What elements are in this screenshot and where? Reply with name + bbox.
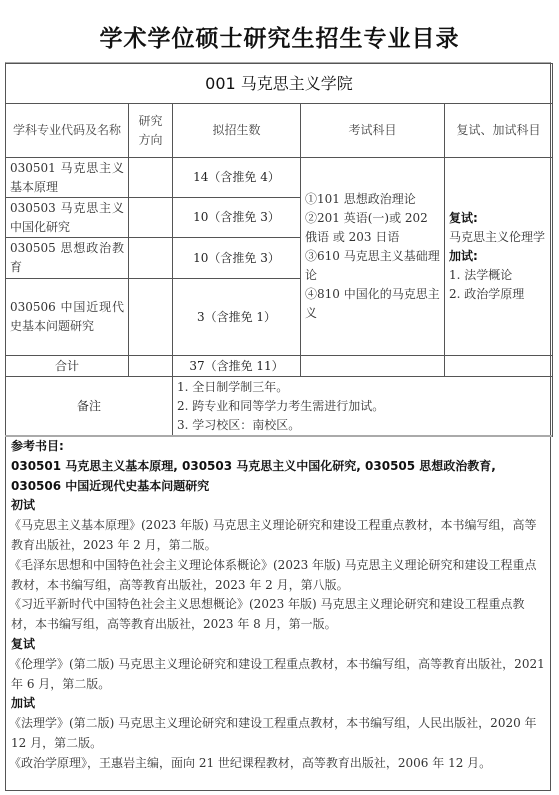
total-retest <box>445 356 553 377</box>
references-heading: 参考书目: <box>11 437 547 457</box>
page-title: 学术学位硕士研究生招生专业目录 <box>0 20 559 53</box>
major-direction <box>129 158 173 198</box>
header-exam: 考试科目 <box>301 104 445 158</box>
major-quota: 3（含推免 1） <box>173 279 301 356</box>
total-label: 合计 <box>6 356 129 377</box>
extra-test-subject: 1. 法学概论 <box>449 266 548 285</box>
major-direction <box>129 279 173 356</box>
note-item: 3. 学习校区：南校区。 <box>177 416 548 435</box>
retest-subjects: 复试: 马克思主义伦理学 加试: 1. 法学概论 2. 政治学原理 <box>445 158 553 356</box>
section-label-retest: 复试 <box>11 635 547 655</box>
major-quota: 10（含推免 3） <box>173 198 301 238</box>
exam-subject: ①101 思想政治理论 <box>305 190 440 209</box>
catalog-table: 001 马克思主义学院 学科专业代码及名称 研究方向 拟招生数 考试科目 复试、… <box>5 63 553 437</box>
college-name: 001 马克思主义学院 <box>6 64 553 104</box>
notes: 1. 全日制学制三年。 2. 跨专业和同等学力考生需进行加试。 3. 学习校区：… <box>173 377 553 437</box>
header-retest: 复试、加试科目 <box>445 104 553 158</box>
notes-label: 备注 <box>6 377 173 437</box>
exam-subject: ②201 英语(一)或 202 俄语 或 203 日语 <box>305 209 440 247</box>
exam-subjects: ①101 思想政治理论 ②201 英语(一)或 202 俄语 或 203 日语 … <box>301 158 445 356</box>
extra-test-subject: 2. 政治学原理 <box>449 285 548 304</box>
reference-item: 《习近平新时代中国特色社会主义思想概论》(2023 年版) 马克思主义理论研究和… <box>11 595 547 635</box>
references-applies-to: 030501 马克思主义基本原理, 030503 马克思主义中国化研究, 030… <box>11 457 547 497</box>
reference-item: 《毛泽东思想和中国特色社会主义理论体系概论》(2023 年版) 马克思主义理论研… <box>11 556 547 596</box>
note-item: 1. 全日制学制三年。 <box>177 378 548 397</box>
major-name: 030506 中国近现代史基本问题研究 <box>6 279 129 356</box>
reference-item: 《伦理学》(第二版) 马克思主义理论研究和建设工程重点教材，本书编写组，高等教育… <box>11 655 547 695</box>
header-major: 学科专业代码及名称 <box>6 104 129 158</box>
major-direction <box>129 198 173 238</box>
major-quota: 14（含推免 4） <box>173 158 301 198</box>
total-exam <box>301 356 445 377</box>
header-quota: 拟招生数 <box>173 104 301 158</box>
reference-item: 《政治学原理》，王惠岩主编，面向 21 世纪课程教材，高等教育出版社，2006 … <box>11 754 547 774</box>
note-item: 2. 跨专业和同等学力考生需进行加试。 <box>177 397 548 416</box>
section-label-initial: 初试 <box>11 496 547 516</box>
section-label-extra: 加试 <box>11 694 547 714</box>
extra-test-label: 加试: <box>449 247 548 266</box>
total-direction <box>129 356 173 377</box>
retest-label: 复试: <box>449 209 548 228</box>
exam-subject: ③610 马克思主义基础理论 <box>305 247 440 285</box>
exam-subject: ④810 中国化的马克思主义 <box>305 285 440 323</box>
major-quota: 10（含推免 3） <box>173 238 301 279</box>
major-name: 030505 思想政治教育 <box>6 238 129 279</box>
reference-item: 《马克思主义基本原理》(2023 年版) 马克思主义理论研究和建设工程重点教材，… <box>11 516 547 556</box>
total-value: 37（含推免 11） <box>173 356 301 377</box>
major-name: 030501 马克思主义基本原理 <box>6 158 129 198</box>
reference-item: 《法理学》(第二版) 马克思主义理论研究和建设工程重点教材，本书编写组，人民出版… <box>11 714 547 754</box>
major-name: 030503 马克思主义中国化研究 <box>6 198 129 238</box>
reference-books: 参考书目: 030501 马克思主义基本原理, 030503 马克思主义中国化研… <box>11 437 547 774</box>
major-direction <box>129 238 173 279</box>
retest-subject: 马克思主义伦理学 <box>449 228 548 247</box>
header-direction: 研究方向 <box>129 104 173 158</box>
